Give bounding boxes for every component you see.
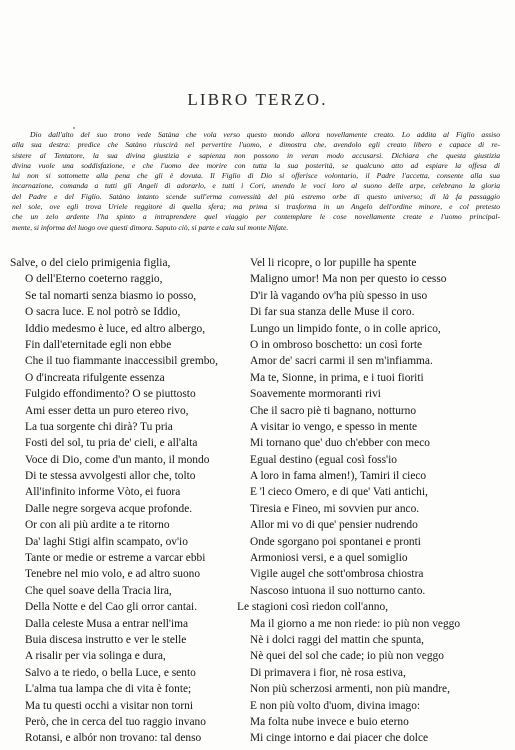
- poem-verse: Se tal nomarti senza biasmo io posso,: [10, 288, 250, 304]
- poem-verse: Fulgido effondimento? O se piuttosto: [10, 386, 250, 402]
- poem-verse: Voce di Dio, come d'un manto, il mondo: [10, 452, 250, 468]
- poem-verse: Ami esser detta un puro etereo rivo,: [10, 403, 250, 419]
- poem-verse: A loro in fama almen!), Tamiri il cieco: [237, 468, 507, 484]
- summary-line: che un zelo ardente l'ha spinto a intrap…: [12, 212, 500, 222]
- poem-verse: Che il sacro piè ti bagnano, notturno: [237, 403, 507, 419]
- poem-verse: Tiresia e Fineo, mi sovvien pur anco.: [237, 501, 507, 517]
- summary-line: sistere al Tentatore, la sua divina gius…: [12, 151, 500, 161]
- poem-verse: Di primavera i fior, nè rosa estiva,: [237, 665, 507, 681]
- poem-verse: Nè i dolci raggi del mattin che spunta,: [237, 632, 507, 648]
- poem-verse: Iddio medesmo è luce, ed altro albergo,: [10, 321, 250, 337]
- poem-left-column: Salve, o del cielo primigenia figlia,O d…: [10, 255, 250, 747]
- summary-line: Dio dall'alto del suo trono vede Satàna …: [12, 130, 500, 140]
- poem-verse: L'alma tua lampa che di vita è fonte;: [10, 681, 250, 697]
- poem-right-column: Vel li ricopre, o lor pupille ha spenteM…: [237, 255, 507, 747]
- poem-verse: A visitar io vengo, e spesso in mente: [237, 419, 507, 435]
- poem-verse: Fosti del sol, tu pria de' cieli, e all'…: [10, 435, 250, 451]
- poem-verse: Mi tornano que' duo ch'ebber con meco: [237, 435, 507, 451]
- poem-verse: E non più volto d'uom, divina imago:: [237, 698, 507, 714]
- poem-verse: Ma folta nube invece e buio eterno: [237, 714, 507, 730]
- poem-verse: Lungo un limpido fonte, o in colle apric…: [237, 321, 507, 337]
- poem-verse: O d'increata rifulgente essenza: [10, 370, 250, 386]
- poem-verse: Che il tuo fiammante inaccessibil grembo…: [10, 353, 250, 369]
- poem-verse: O sacra luce. E nol potrò se Iddio,: [10, 304, 250, 320]
- poem-verse: E 'l cieco Omero, e di que' Vati antichi…: [237, 484, 507, 500]
- poem-verse: D'ir là vagando ov'ha più spesso in uso: [237, 288, 507, 304]
- poem-verse: Nascoso intuona il suo notturno canto.: [237, 583, 507, 599]
- poem-verse: Ma il giorno a me non riede: io più non …: [237, 616, 507, 632]
- poem-verse: All'infinito informe Vòto, ei fuora: [10, 484, 250, 500]
- chapter-title: LIBRO TERZO.: [0, 90, 515, 110]
- poem-verse: Buia discesa instrutto e ver le stelle: [10, 632, 250, 648]
- poem-verse: Fin dall'eternitade egli non ebbe: [10, 337, 250, 353]
- poem-verse: Nè quei del sol che cade; io più non veg…: [237, 648, 507, 664]
- poem-verse: Dalle negre sorgeva acque profonde.: [10, 501, 250, 517]
- poem-verse: Che quel soave della Tracia lira,: [10, 583, 250, 599]
- summary-line: mente, si informa del luogo ove questi d…: [12, 223, 500, 233]
- poem-verse: Dalla celeste Musa a entrar nell'ima: [10, 616, 250, 632]
- poem-verse: A risalir per via solinga e dura,: [10, 648, 250, 664]
- chapter-summary: Dio dall'alto del suo trono vede Satàna …: [12, 130, 500, 233]
- summary-line: alla sua destra: predice che Satàno rius…: [12, 140, 500, 150]
- poem-verse: Rotansi, e albór non trovano: tal denso: [10, 730, 250, 746]
- poem-verse: Non più scherzosi armenti, non più mandr…: [237, 681, 507, 697]
- poem-verse: Egual destino (egual così foss'io: [237, 452, 507, 468]
- poem-verse: O dell'Eterno coeterno raggio,: [10, 271, 250, 287]
- poem-verse: Soavemente mormoranti rivi: [237, 386, 507, 402]
- print-speck: [73, 127, 75, 129]
- poem-verse: Salve, o del cielo primigenia figlia,: [10, 255, 250, 271]
- summary-line: del Padre e del Figlio. Satàno intanto s…: [12, 192, 500, 202]
- poem-verse: Della Notte e del Cao gli orror cantai.: [10, 599, 250, 615]
- print-speck: [455, 198, 456, 199]
- poem-verse: Allor mi vo di que' pensier nudrendo: [237, 517, 507, 533]
- poem-verse: Però, che in cerca del tuo raggio invano: [10, 714, 250, 730]
- poem-verse: Tante or medie or estreme a varcar ebbi: [10, 550, 250, 566]
- poem-verse: Ma te, Sionne, in prima, e i tuoi fiorit…: [237, 370, 507, 386]
- poem-verse: Di far sua stanza delle Muse il coro.: [237, 304, 507, 320]
- poem-verse: Or con ali più ardite a te ritorno: [10, 517, 250, 533]
- poem-verse: Vigile augel che sott'ombrosa chiostra: [237, 566, 507, 582]
- poem-verse: Di te stessa avvolgesti allor che, tolto: [10, 468, 250, 484]
- summary-line: divina vuole una soddisfazione, e che l'…: [12, 161, 500, 171]
- poem-verse: O in ombroso boschetto: un così forte: [237, 337, 507, 353]
- poem-verse: Armoniosi versi, e a quel somiglio: [237, 550, 507, 566]
- book-page: LIBRO TERZO. Dio dall'alto del suo trono…: [0, 0, 515, 750]
- poem-verse: Onde sgorgano poi spontanei e pronti: [237, 534, 507, 550]
- poem-verse: Salvo a te riedo, o bella Luce, e sento: [10, 665, 250, 681]
- poem-verse: Amor de' sacri carmi il sen m'infiamma.: [237, 353, 507, 369]
- poem-verse: Maligno umor! Ma non per questo io cesso: [237, 271, 507, 287]
- poem-verse: Le stagioni così riedon coll'anno,: [237, 599, 507, 615]
- poem-verse: Tenebre nel mio volo, e ad altro suono: [10, 566, 250, 582]
- summary-line: lui non si sottomette alla pena che gli …: [12, 171, 500, 181]
- summary-line: incarnazione, comanda a tutti gli Angeli…: [12, 181, 500, 191]
- poem-verse: Da' laghi Stigi alfin scampato, ov'io: [10, 534, 250, 550]
- poem-verse: Vel li ricopre, o lor pupille ha spente: [237, 255, 507, 271]
- summary-line: nel sole, ove egli trova Uriele reggitor…: [12, 202, 500, 212]
- poem-verse: La tua sorgente chi dirà? Tu pria: [10, 419, 250, 435]
- poem-verse: Mi cinge intorno e dai piacer che dolce: [237, 730, 507, 746]
- poem-verse: Ma tu questi occhi a visitar non torni: [10, 698, 250, 714]
